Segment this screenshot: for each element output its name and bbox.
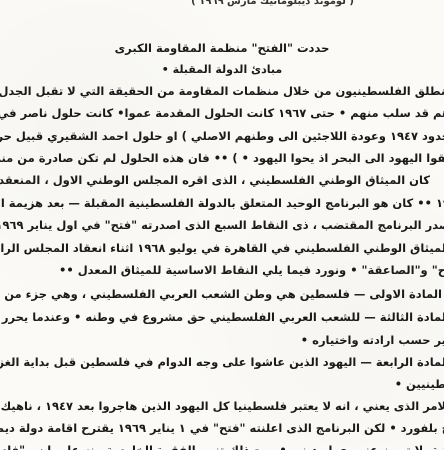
paragraph-line: كان الميثاق الوطني الفلسطيني ، الذى اقره… [0,172,430,188]
document-heading: حددت "الفتح" منظمة المقاومة الكبرى [0,40,444,56]
paragraph-line: كية بلا تمييز عنصري او ديني • ومع ذلك تن… [0,442,444,450]
document-subheading: مبادئ الدولة المقبلة • [0,62,444,78]
scanned-document-page: ( لوموند ديبلوماتيك مارس ١٩٦٩ ) حددت "ال… [0,0,444,450]
article-one: المادة الاولى — فلسطين هي وطن الشعب العر… [0,286,442,302]
paragraph-line: حدود ١٩٤٧ وعودة اللاجئين الى وطنهم الاصل… [0,128,444,144]
paragraph-line: ح بلفورد • لكن البرنامج الذى اعلنته "فتح… [0,420,444,436]
paragraph-line: صدر البرنامج المقتضب ، ذى النقاط السبع ا… [0,217,444,233]
paragraph-line: هم قد سلب منهم • حتى ١٩٦٧ كانت الحلول ال… [0,105,444,121]
paragraph-line: ١٩ •• كان هو البرنامج الوحيد المتعلق بال… [0,195,444,211]
paragraph-line: ح" و"الصاعقة" • ونورد فيما يلي النقاط ال… [59,262,444,278]
paragraph-line: ينطلق الفلسطينيون من خلال منظمات المقاوم… [0,83,444,99]
article-three-continued: ير حسب ارادته واختياره • [301,332,444,348]
paragraph-line: الميثاق الوطني الفلسطيني في القاهرة في ي… [0,240,444,256]
paragraph-line: لقوا اليهود الى البحر اذ يحوا اليهود • )… [0,150,444,166]
paragraph-line: الامر الذى يعني ، انه لا يعتبر فلسطينيا … [0,398,444,414]
article-three: المادة الثالثة — للشعب العربي الفلسطيني … [0,309,444,325]
article-four-continued: طينيين • [395,376,444,392]
source-note: ( لوموند ديبلوماتيك مارس ١٩٦٩ ) [191,0,354,10]
article-four: المادة الرابعة — اليهود الذين عاشوا على … [0,354,444,370]
